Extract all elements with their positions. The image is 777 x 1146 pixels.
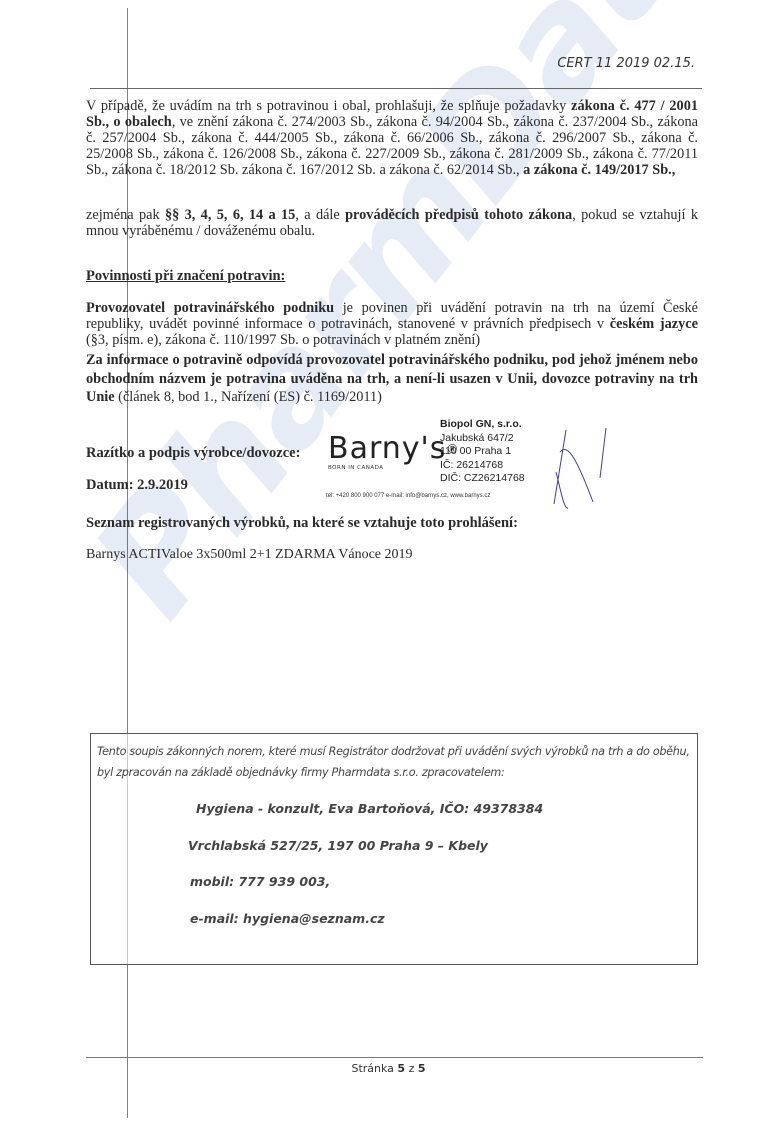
page-number: Stránka 5 z 5 xyxy=(0,1062,777,1075)
handwritten-signature-icon xyxy=(548,412,628,512)
header-divider xyxy=(90,88,702,89)
packaging-declaration: V případě, že uvádím na trh s potravinou… xyxy=(86,98,698,178)
page-prefix: Stránka xyxy=(351,1062,397,1075)
language-term: českém jazyce xyxy=(610,316,698,332)
stamp-signature-label: Razítko a podpis výrobce/dovozce: xyxy=(86,445,300,462)
products-title: Seznam registrovaných výrobků, na které … xyxy=(86,515,518,532)
processor-info-box: Tento soupis zákonných norem, které musí… xyxy=(90,733,698,965)
regulation-reference: (článek 8, bod 1., Nařízení (ES) č. 1169… xyxy=(115,389,382,405)
document-page: PharmData CERT 11 2019 02.15. V případě,… xyxy=(0,0,777,1146)
company-stamp: Biopol GN, s.r.o. Jakubská 647/2 110 00 … xyxy=(440,418,525,486)
company-ic: IČ: 26214768 xyxy=(440,459,525,473)
product-item: Barnys ACTIValoe 3x500ml 2+1 ZDARMA Váno… xyxy=(86,547,413,563)
footer-divider xyxy=(86,1057,703,1058)
date-label: Datum: 2.9.2019 xyxy=(86,477,188,494)
page-separator: z xyxy=(405,1062,418,1075)
processor-mobile: mobil: 777 939 003, xyxy=(190,874,330,889)
packaging-sections: zejména pak §§ 3, 4, 5, 6, 14 a 15, a dá… xyxy=(86,207,698,239)
labeling-obligation: Provozovatel potravinářského podniku je … xyxy=(86,300,698,348)
processor-email: e-mail: hygiena@seznam.cz xyxy=(190,911,385,926)
document-code: CERT 11 2019 02.15. xyxy=(557,56,695,71)
processor-address: Vrchlabská 527/25, 197 00 Praha 9 – Kbel… xyxy=(188,838,488,853)
barnys-logo: Barny's® BORN IN CANADA xyxy=(328,434,428,478)
processor-intro: Tento soupis zákonných norem, které musí… xyxy=(97,741,693,783)
responsibility-statement: Za informace o potravině odpovídá provoz… xyxy=(86,351,698,407)
text: (§3, písm. e), zákona č. 110/1997 Sb. o … xyxy=(86,332,480,348)
text: , a dále xyxy=(295,207,345,223)
company-name: Biopol GN, s.r.o. xyxy=(440,418,525,432)
company-street: Jakubská 647/2 xyxy=(440,432,525,446)
labeling-heading: Povinnosti při značení potravin: xyxy=(86,268,285,285)
company-contact: tel: +420 800 900 077 e-mail: info@barny… xyxy=(326,493,490,499)
sections-reference: §§ 3, 4, 5, 6, 14 a 15 xyxy=(165,207,295,223)
company-dic: DIČ: CZ26214768 xyxy=(440,472,525,486)
processor-name: Hygiena - konzult, Eva Bartoňová, IČO: 4… xyxy=(196,801,543,816)
law-reference: a zákona č. 149/2017 Sb., xyxy=(523,162,675,178)
company-city: 110 00 Praha 1 xyxy=(440,445,525,459)
logo-word: Barny's xyxy=(328,431,446,466)
operator-term: Provozovatel potravinářského podniku xyxy=(86,300,334,316)
text: zejména pak xyxy=(86,207,165,223)
page-total: 5 xyxy=(418,1062,426,1075)
text: V případě, že uvádím na trh s potravinou… xyxy=(86,98,571,114)
regulations-reference: prováděcích předpisů tohoto zákona xyxy=(345,207,572,223)
page-current: 5 xyxy=(397,1062,405,1075)
